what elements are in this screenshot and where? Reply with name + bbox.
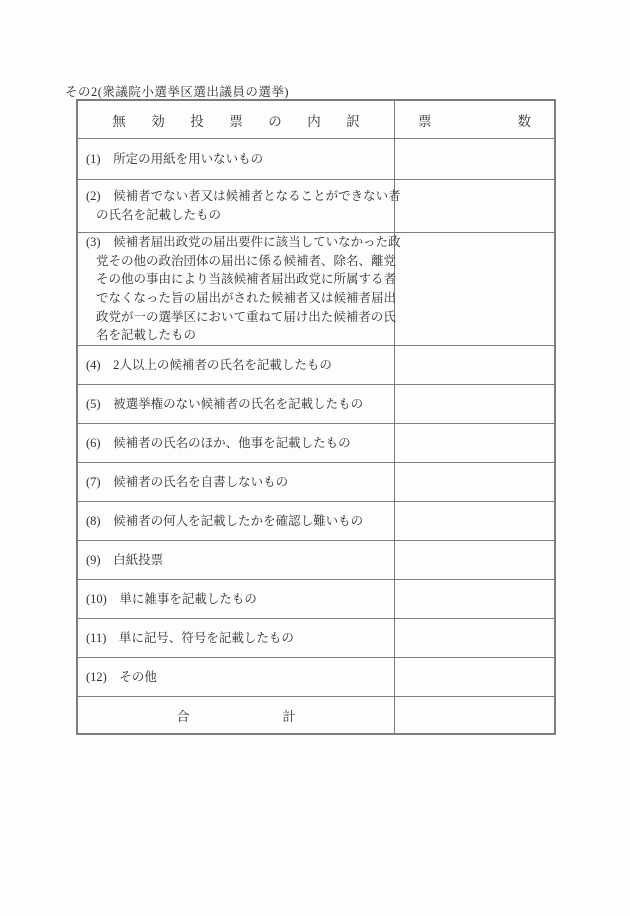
total-label-right: 計 bbox=[283, 706, 296, 725]
category-cell: (1) 所定の用紙を用いないもの bbox=[78, 139, 395, 179]
category-text: その他の事由により当該候補者届出政党に所属する者 bbox=[78, 270, 394, 289]
header-category-cell: 無 効 投 票 の 内 訳 bbox=[78, 101, 395, 138]
category-text: (12) その他 bbox=[78, 668, 394, 687]
header-count-label-left: 票 bbox=[418, 110, 432, 130]
category-text: (6) 候補者の氏名のほか、他事を記載したもの bbox=[78, 434, 394, 453]
table-row: (8) 候補者の何人を記載したかを確認し難いもの bbox=[78, 501, 554, 540]
category-text: 党その他の政治団体の届出に係る候補者、除名、離党 bbox=[78, 252, 394, 271]
table-row: (9) 白紙投票 bbox=[78, 540, 554, 579]
table-header-row: 無 効 投 票 の 内 訳 票 数 bbox=[78, 101, 554, 138]
table-row: (12) その他 bbox=[78, 657, 554, 696]
category-text: (4) 2人以上の候補者の氏名を記載したもの bbox=[78, 356, 394, 375]
table-total-row: 合 計 bbox=[78, 696, 554, 733]
total-label-cell: 合 計 bbox=[78, 697, 395, 733]
table-row: (7) 候補者の氏名を自書しないもの bbox=[78, 462, 554, 501]
category-text: (7) 候補者の氏名を自書しないもの bbox=[78, 473, 394, 492]
table-row: (10) 単に雑事を記載したもの bbox=[78, 579, 554, 618]
category-cell: (8) 候補者の何人を記載したかを確認し難いもの bbox=[78, 502, 395, 540]
table-row: (3) 候補者届出政党の届出要件に該当していなかった政 党その他の政治団体の届出… bbox=[78, 232, 554, 345]
count-cell bbox=[395, 580, 554, 618]
category-text: 名を記載したもの bbox=[78, 326, 394, 345]
header-count-cell: 票 数 bbox=[395, 101, 554, 138]
category-cell: (7) 候補者の氏名を自書しないもの bbox=[78, 463, 395, 501]
total-count-cell bbox=[395, 697, 554, 733]
category-text: (2) 候補者でない者又は候補者となることができない者 bbox=[78, 187, 394, 206]
category-cell: (10) 単に雑事を記載したもの bbox=[78, 580, 395, 618]
category-text: (9) 白紙投票 bbox=[78, 551, 394, 570]
total-label-left: 合 bbox=[176, 706, 189, 725]
category-text: (3) 候補者届出政党の届出要件に該当していなかった政 bbox=[78, 233, 394, 252]
category-cell: (2) 候補者でない者又は候補者となることができない者 の氏名を記載したもの bbox=[78, 180, 395, 232]
category-cell: (3) 候補者届出政党の届出要件に該当していなかった政 党その他の政治団体の届出… bbox=[78, 233, 395, 345]
table-row: (5) 被選挙権のない候補者の氏名を記載したもの bbox=[78, 384, 554, 423]
count-cell bbox=[395, 463, 554, 501]
category-text: 政党が一の選挙区において重ねて届け出た候補者の氏 bbox=[78, 308, 394, 327]
count-cell bbox=[395, 346, 554, 384]
header-category-label: 無 効 投 票 の 内 訳 bbox=[106, 110, 366, 130]
category-text: の氏名を記載したもの bbox=[78, 206, 394, 225]
count-cell bbox=[395, 658, 554, 696]
count-cell bbox=[395, 139, 554, 179]
count-cell bbox=[395, 424, 554, 462]
header-count-label-right: 数 bbox=[518, 110, 532, 130]
category-cell: (9) 白紙投票 bbox=[78, 541, 395, 579]
table-row: (1) 所定の用紙を用いないもの bbox=[78, 138, 554, 179]
table-row: (2) 候補者でない者又は候補者となることができない者 の氏名を記載したもの bbox=[78, 179, 554, 232]
category-text: (8) 候補者の何人を記載したかを確認し難いもの bbox=[78, 512, 394, 531]
category-text: (1) 所定の用紙を用いないもの bbox=[78, 150, 394, 169]
count-cell bbox=[395, 541, 554, 579]
page-title: その2(衆議院小選挙区選出議員の選挙) bbox=[65, 82, 289, 100]
table-row: (11) 単に記号、符号を記載したもの bbox=[78, 618, 554, 657]
category-cell: (5) 被選挙権のない候補者の氏名を記載したもの bbox=[78, 385, 395, 423]
invalid-votes-table: 無 効 投 票 の 内 訳 票 数 (1) 所定の用紙を用いないもの (2) 候… bbox=[76, 99, 556, 735]
category-text: (5) 被選挙権のない候補者の氏名を記載したもの bbox=[78, 395, 394, 414]
category-cell: (4) 2人以上の候補者の氏名を記載したもの bbox=[78, 346, 395, 384]
count-cell bbox=[395, 502, 554, 540]
category-text: (11) 単に記号、符号を記載したもの bbox=[78, 629, 394, 648]
table-row: (4) 2人以上の候補者の氏名を記載したもの bbox=[78, 345, 554, 384]
count-cell bbox=[395, 385, 554, 423]
count-cell bbox=[395, 180, 554, 232]
category-cell: (12) その他 bbox=[78, 658, 395, 696]
category-text: (10) 単に雑事を記載したもの bbox=[78, 590, 394, 609]
category-text: でなくなった旨の届出がされた候補者又は候補者届出 bbox=[78, 289, 394, 308]
category-cell: (11) 単に記号、符号を記載したもの bbox=[78, 619, 395, 657]
table-row: (6) 候補者の氏名のほか、他事を記載したもの bbox=[78, 423, 554, 462]
category-cell: (6) 候補者の氏名のほか、他事を記載したもの bbox=[78, 424, 395, 462]
count-cell bbox=[395, 619, 554, 657]
count-cell bbox=[395, 233, 554, 345]
